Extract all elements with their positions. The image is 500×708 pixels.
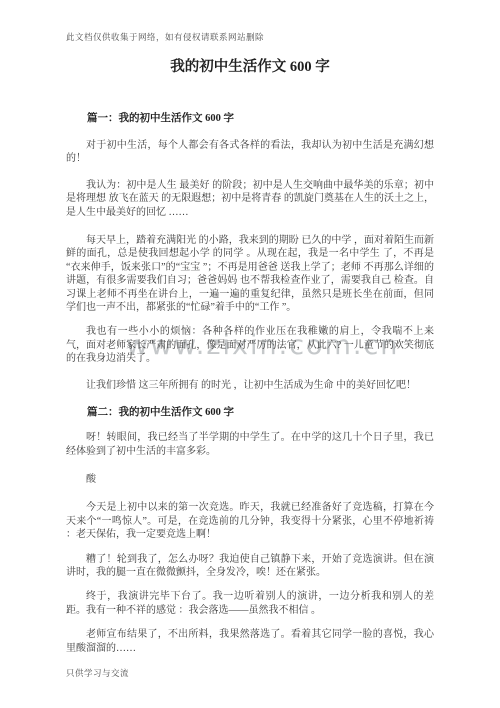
section-2-paragraph-5: 终于，我演讲完毕下台了。我一边听着别人的演讲，一边分析我和别人的差距。我有一种不… <box>66 590 434 617</box>
section-1-paragraph-2: 我认为：初中是人生 最美好 的阶段；初中是人生交响曲中最华美的乐章；初中是将理想… <box>66 179 434 219</box>
page-title: 我的初中生活作文 600 字 <box>66 58 434 77</box>
section-2-paragraph-1: 呀！转眼间，我已经当了半学期的中学生了。在中学的这几十个日子里，我已经体验到了初… <box>66 431 434 458</box>
section-1-heading: 篇一：我的初中生活作文 600 字 <box>66 112 434 126</box>
section-2-heading: 篇二：我的初中生活作文 600 字 <box>66 406 434 420</box>
section-1-paragraph-5: 让我们珍惜 这三年所拥有 的时光 ，让初中生活成为生命 中的美好回忆吧！ <box>66 379 434 392</box>
section-2-paragraph-4: 糟了！轮到我了，怎么办呀？我迫使自己镇静下来，开始了竞选演讲。但在演讲时，我的腿… <box>66 553 434 580</box>
document-body: 篇一：我的初中生活作文 600 字 对于初中生活，每个人都会有各式各样的看法，我… <box>66 112 434 679</box>
section-1-paragraph-4: 我也有一些小小的烦恼：各种各样的作业压在我稚嫩的肩上，令我喘不上来气，面对老师家… <box>66 325 434 365</box>
section-2-paragraph-6: 老师宣布结果了，不出所料，我果然落选了。看着其它同学一脸的喜悦，我心里酸溜溜的…… <box>66 628 434 655</box>
header-disclaimer-note: 此文档仅供收集于网络，如有侵权请联系网站删除 <box>66 32 434 43</box>
section-1-paragraph-3: 每天早上，踏着充满阳光 的小路，我来到的期盼 已久的中学 ，面对着陌生而新鲜的面… <box>66 234 434 314</box>
section-2-paragraph-2: 酸 <box>66 473 434 486</box>
section-2-paragraph-3: 今天是上初中以来的第一次竞选。昨天，我就已经准备好了竞选稿，打算在今天来个“一鸣… <box>66 501 434 541</box>
footer-usage-note: 只供学习与交流 <box>66 668 434 679</box>
section-1-paragraph-1: 对于初中生活，每个人都会有各式各样的看法，我却认为初中生活是充满幻想 的！ <box>66 139 434 166</box>
document-page: www.zixin.com.cn 此文档仅供收集于网络，如有侵权请联系网站删除 … <box>0 0 500 708</box>
